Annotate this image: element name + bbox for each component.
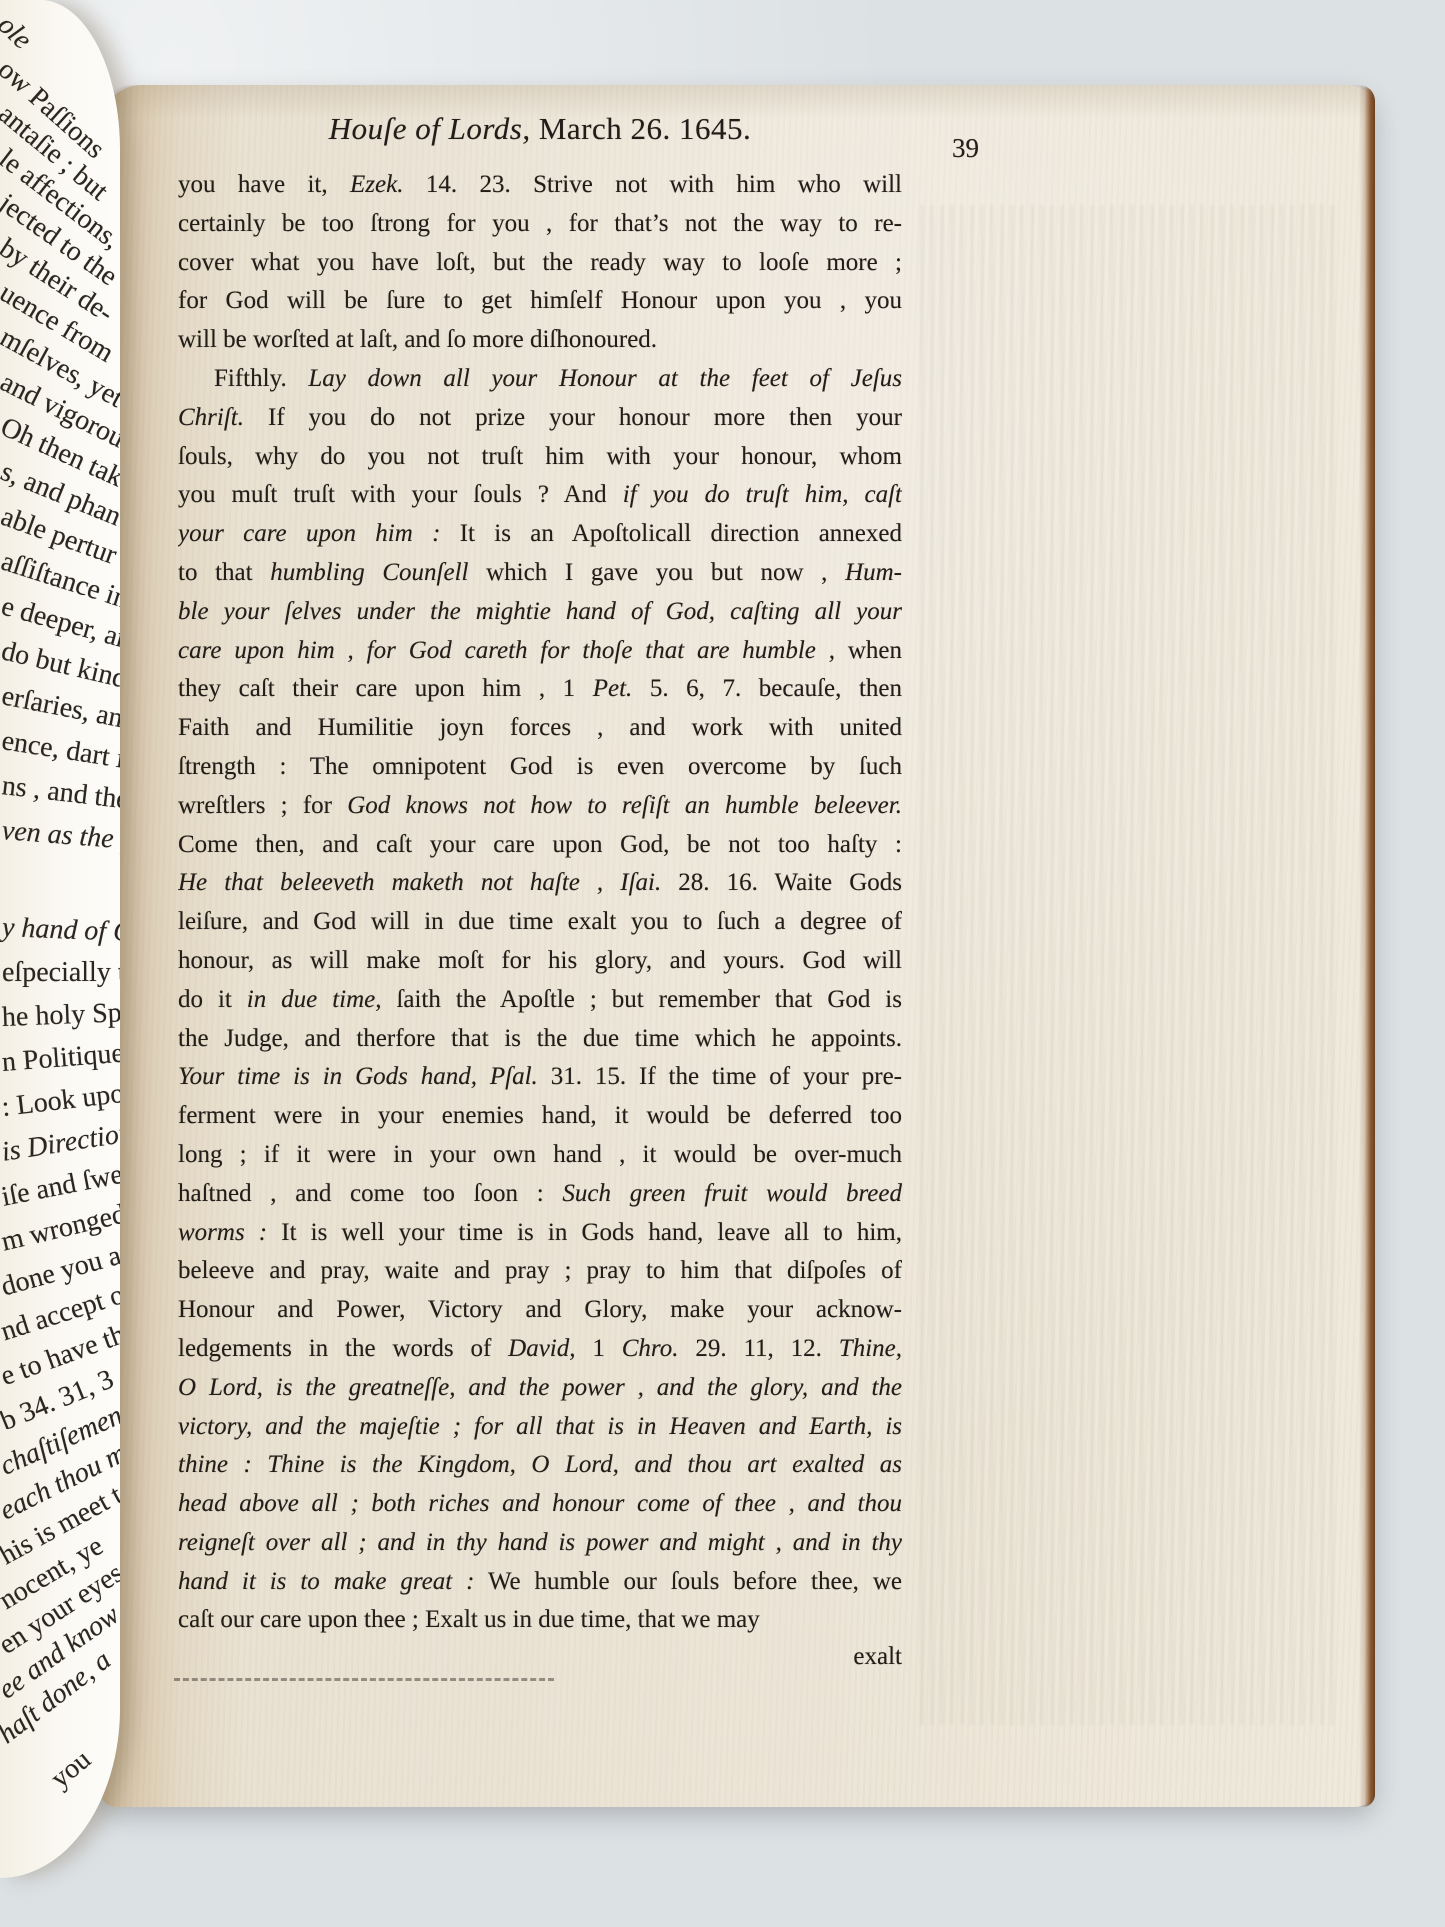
running-header-date: March 26. 1645. [531,111,752,146]
running-header-title: Houſe of Lords, [329,111,531,146]
left-page-text-fragment: is Direction [0,1118,120,1168]
left-page-text-fragment: he holy Spirit [1,997,120,1033]
italic-text-segment: victory, and the majeſtie ; for all that… [178,1413,902,1440]
italic-text-segment: Your time is in Gods hand, Pſal. [178,1063,538,1090]
text-line: you have it, Ezek. 14. 23. Strive not wi… [178,166,902,205]
text-segment: Come then, and caſt your care upon God, … [178,831,902,858]
text-line: long ; if it were in your own hand , it … [178,1136,902,1175]
text-line: ble your ſelves under the mightie hand o… [178,593,902,632]
text-segment: for God will be ſure to get himſelf Hono… [178,287,902,314]
body-text: you have it, Ezek. 14. 23. Strive not wi… [178,166,902,1640]
text-segment: ſtrength : The omnipotent God is even ov… [178,753,902,780]
print-dash-mark [174,1678,554,1681]
left-page-text-fragment: ence, dart it [0,726,120,776]
italic-text-segment: care upon him , for God careth for thoſe… [178,637,835,664]
italic-text-segment: Such green fruit would breed [562,1180,902,1207]
text-line: Faith and Humilitie joyn forces , and wo… [178,709,902,748]
text-line: victory, and the majeſtie ; for all that… [178,1408,902,1447]
text-segment [603,869,620,896]
book-page: Houſe of Lords, March 26. 1645. 39 you h… [100,85,1375,1807]
text-line: wreſtlers ; for God knows not how to reſ… [178,787,902,826]
italic-text-segment: Chro. [622,1335,679,1362]
italic-text-segment: David, [508,1335,575,1362]
left-page-text-fragment: ven as the fir [1,816,120,857]
text-segment: wreſtlers ; for [178,792,347,819]
left-page-text-fragment: ns , and they [0,771,120,817]
text-line: ferment were in your enemies hand, it wo… [178,1097,902,1136]
text-line: reigneſt over all ; and in thy hand is p… [178,1524,902,1563]
text-line: Your time is in Gods hand, Pſal. 31. 15.… [178,1058,902,1097]
text-line: care upon him , for God careth for thoſe… [178,632,902,671]
italic-text-segment: worms : [178,1219,267,1246]
text-segment: honour, as will make moſt for his glory,… [178,947,902,974]
text-segment: caſt our care upon thee ; Exalt us in du… [178,1606,760,1633]
text-line: ſouls, why do you not truſt him with you… [178,438,902,477]
text-segment: 1 [576,1335,622,1362]
italic-text-segment: your care upon him : [178,520,440,547]
left-page-text-fragment: eſpecially to [2,958,120,988]
left-page-text-fragment: : Look upo [0,1079,120,1123]
italic-text-segment: thine : Thine is the Kingdom, O Lord, an… [178,1451,902,1478]
text-segment: It is an Apoſtolicall direction annexed [440,520,902,547]
text-line: honour, as will make moſt for his glory,… [178,942,902,981]
italic-text-segment: Pet. [593,675,633,702]
running-header: Houſe of Lords, March 26. 1645. [178,111,902,147]
text-segment: 31. 15. If the time of your pre- [538,1063,902,1090]
text-line: Chriſt. If you do not prize your honour … [178,399,902,438]
text-segment: you have it, [178,171,350,198]
left-page-text-fragment: y hand of God [1,913,120,949]
text-line: for God will be ſure to get himſelf Hono… [178,282,902,321]
text-line: your care upon him : It is an Apoſtolica… [178,515,902,554]
left-book-page: oleow Paſſionsantaſie ; butle affections… [0,0,120,1878]
text-line: Honour and Power, Victory and Glory, mak… [178,1291,902,1330]
text-segment: which I gave you but now , [468,559,845,586]
italic-text-segment: in due time, [247,986,382,1013]
text-line: haſtned , and come too ſoon : Such green… [178,1175,902,1214]
text-line: they caſt their care upon him , 1 Pet. 5… [178,670,902,709]
text-segment: when [835,637,902,664]
italic-text-segment: Ezek. [350,171,403,198]
text-segment: If you do not prize your honour more the… [244,404,902,431]
text-line: O Lord, is the greatneſſe, and the power… [178,1369,902,1408]
catchword: exalt [178,1638,902,1676]
text-segment: cover what you have loſt, but the ready … [178,249,902,276]
text-segment: beleeve and pray, waite and pray ; pray … [178,1257,902,1284]
text-segment: do it [178,986,247,1013]
text-line: thine : Thine is the Kingdom, O Lord, an… [178,1446,902,1485]
text-segment: ferment were in your enemies hand, it wo… [178,1102,902,1129]
italic-text-segment: hand it is to make great : [178,1568,474,1595]
text-line: Fifthly. Lay down all your Honour at the… [178,360,902,399]
text-segment: the Judge, and therfore that is the due … [178,1025,902,1052]
text-segment: long ; if it were in your own hand , it … [178,1141,902,1168]
text-line: leiſure, and God will in due time exalt … [178,903,902,942]
italic-text-segment: ble your ſelves under the mightie hand o… [178,598,902,625]
italic-text-segment: humbling Counſell [270,559,468,586]
text-line: you muſt truſt with your ſouls ? And if … [178,476,902,515]
text-segment: ſaith the Apoſtle ; but remember that Go… [382,986,902,1013]
text-segment: It is well your time is in Gods hand, le… [267,1219,902,1246]
text-line: do it in due time, ſaith the Apoſtle ; b… [178,981,902,1020]
page-number: 39 [952,133,979,164]
text-segment: We humble our ſouls before thee, we [474,1568,902,1595]
italic-text-segment: Lay down all your Honour at the feet of … [308,365,902,392]
page-fore-edge [1359,85,1375,1807]
text-segment: will be worſted at laſt, and ſo more diſ… [178,326,657,353]
left-page-text-fragment: n Politiques [1,1038,120,1078]
italic-text-segment: Thine, [839,1335,902,1362]
text-line: head above all ; both riches and honour … [178,1485,902,1524]
text-line: He that beleeveth maketh not haſte , Iſa… [178,864,902,903]
italic-text-segment: He that beleeveth maketh not haſte , [178,869,603,896]
text-segment: leiſure, and God will in due time exalt … [178,908,902,935]
text-segment: certainly be too ſtrong for you , for th… [178,210,902,237]
text-line: to that humbling Counſell which I gave y… [178,554,902,593]
italic-text-segment: if you do truſt him, caſt [623,481,902,508]
text-line: Come then, and caſt your care upon God, … [178,826,902,865]
italic-text-segment: Chriſt. [178,404,244,431]
book-photo: { "colors":{ "background":"#dce1e4", "pa… [0,0,1445,1927]
text-line: ſtrength : The omnipotent God is even ov… [178,748,902,787]
text-line: cover what you have loſt, but the ready … [178,244,902,283]
text-segment: ledgements in the words of [178,1335,508,1362]
italic-text-segment: Hum- [845,559,902,586]
italic-text-segment: head above all ; both riches and honour … [178,1490,902,1517]
text-segment: you muſt truſt with your ſouls ? And [178,481,623,508]
text-line: caſt our care upon thee ; Exalt us in du… [178,1601,902,1640]
text-segment: 29. 11, 12. [678,1335,838,1362]
italic-text-segment: God knows not how to reſiſt an humble be… [347,792,902,819]
text-segment: ſouls, why do you not truſt him with you… [178,443,902,470]
text-segment: 28. 16. Waite Gods [661,869,902,896]
text-segment: they caſt their care upon him , 1 [178,675,593,702]
text-line: certainly be too ſtrong for you , for th… [178,205,902,244]
text-line: will be worſted at laſt, and ſo more diſ… [178,321,902,360]
text-line: worms : It is well your time is in Gods … [178,1214,902,1253]
text-line: the Judge, and therfore that is the due … [178,1020,902,1059]
text-line: hand it is to make great : We humble our… [178,1563,902,1602]
text-segment: Fifthly. [214,365,308,392]
text-segment: Faith and Humilitie joyn forces , and wo… [178,714,902,741]
italic-text-segment: O Lord, is the greatneſſe, and the power… [178,1374,902,1401]
italic-text-segment: Iſai. [620,869,661,896]
text-segment: Honour and Power, Victory and Glory, mak… [178,1296,902,1323]
italic-text-segment: reigneſt over all ; and in thy hand is p… [178,1529,902,1556]
text-line: beleeve and pray, waite and pray ; pray … [178,1252,902,1291]
text-line: ledgements in the words of David, 1 Chro… [178,1330,902,1369]
left-page-text-fragment: ole [0,10,37,55]
ink-show-through [920,205,1340,1725]
text-segment: 5. 6, 7. becauſe, then [632,675,902,702]
text-segment: 14. 23. Strive not with him who will [403,171,902,198]
text-segment: to that [178,559,270,586]
left-page-text-fragment: you [45,1745,96,1795]
text-segment: haſtned , and come too ſoon : [178,1180,562,1207]
